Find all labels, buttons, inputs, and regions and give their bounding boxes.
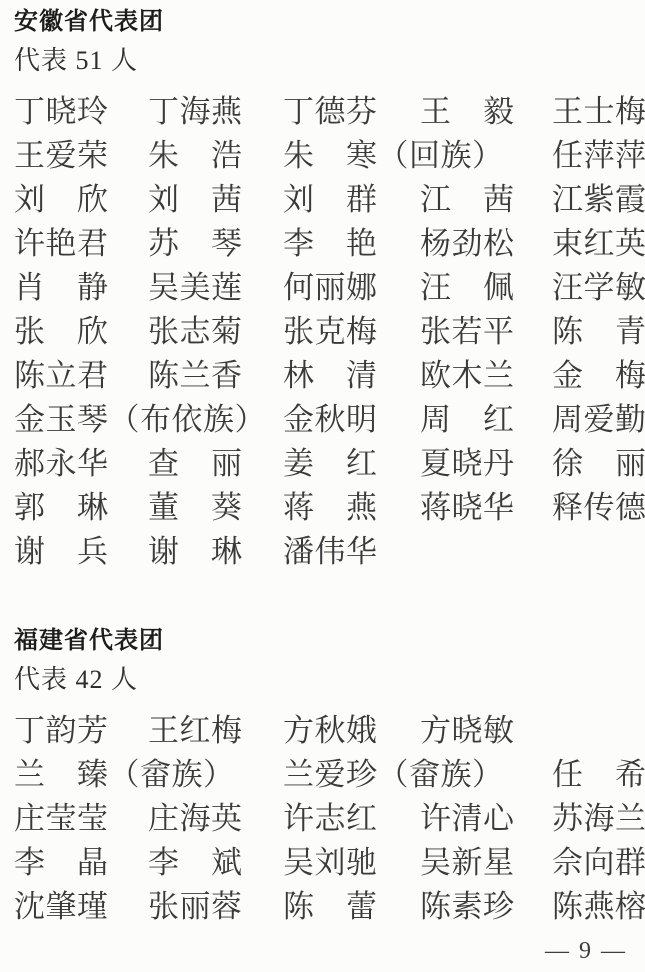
delegate-name: 江 茜	[420, 178, 515, 222]
delegate-name: 庄莹莹	[14, 797, 109, 841]
name-row: 金玉琴（布依族）金秋明周 红周爱勤	[0, 398, 645, 442]
delegate-name: 张志菊	[148, 310, 243, 354]
delegate-name: 蒋 燕	[283, 486, 378, 530]
delegate-name: 张克梅	[283, 310, 378, 354]
delegate-name: 张 欣	[14, 310, 109, 354]
delegate-name: 兰 臻（畲族）	[14, 753, 235, 797]
section-title: 安徽省代表团	[0, 6, 645, 38]
delegate-name: 兰爱珍（畲族）	[283, 753, 504, 797]
delegate-name: 李 斌	[148, 841, 243, 885]
delegate-name: 潘伟华	[283, 530, 378, 574]
delegate-name: 董 葵	[148, 486, 243, 530]
delegate-name: 李 晶	[14, 841, 109, 885]
document-page: 安徽省代表团代表 51 人丁晓玲丁海燕丁德芬王 毅王士梅王爱荣朱 浩朱 寒（回族…	[0, 0, 645, 972]
name-row: 沈肇瑾张丽蓉陈 蕾陈素珍陈燕榕	[0, 885, 645, 929]
name-row: 丁晓玲丁海燕丁德芬王 毅王士梅	[0, 90, 645, 134]
name-row: 庄莹莹庄海英许志红许清心苏海兰	[0, 797, 645, 841]
delegate-name: 刘 茜	[148, 178, 243, 222]
delegate-name: 金玉琴（布依族）	[14, 398, 266, 442]
delegate-name: 陈立君	[14, 354, 109, 398]
delegate-name: 李 艳	[283, 222, 378, 266]
delegate-name: 吴刘驰	[283, 841, 378, 885]
delegate-name: 朱 浩	[148, 134, 243, 178]
delegate-name: 丁海燕	[148, 90, 243, 134]
page-number: — 9 —	[0, 938, 645, 964]
delegate-name: 肖 静	[14, 266, 109, 310]
delegate-name: 夏晓丹	[420, 442, 515, 486]
delegate-name: 许艳君	[14, 222, 109, 266]
name-row: 丁韵芳王红梅方秋娥方晓敏	[0, 709, 645, 753]
delegate-name: 何丽娜	[283, 266, 378, 310]
delegate-name: 释传德	[552, 486, 645, 530]
delegate-name: 王红梅	[148, 709, 243, 753]
delegate-name: 王 毅	[420, 90, 515, 134]
delegate-name: 丁韵芳	[14, 709, 109, 753]
delegate-name: 金 梅	[552, 354, 645, 398]
delegate-name: 方秋娥	[283, 709, 378, 753]
delegate-name: 查 丽	[148, 442, 243, 486]
delegate-name: 杨劲松	[420, 222, 515, 266]
delegate-name: 陈素珍	[420, 885, 515, 929]
name-row: 陈立君陈兰香林 清欧木兰金 梅	[0, 354, 645, 398]
delegate-name: 陈 青	[552, 310, 645, 354]
name-row: 刘 欣刘 茜刘 群江 茜江紫霞	[0, 178, 645, 222]
delegate-name: 张若平	[420, 310, 515, 354]
name-row: 郭 琳董 葵蒋 燕蒋晓华释传德	[0, 486, 645, 530]
section-title: 福建省代表团	[0, 625, 645, 657]
name-row: 王爱荣朱 浩朱 寒（回族）任萍萍	[0, 134, 645, 178]
delegate-name: 佘向群	[552, 841, 645, 885]
delegate-name: 谢 兵	[14, 530, 109, 574]
delegate-name: 姜 红	[283, 442, 378, 486]
delegate-name: 任萍萍	[552, 134, 645, 178]
delegate-name: 束红英	[552, 222, 645, 266]
delegate-name: 金秋明	[283, 398, 378, 442]
delegate-name-list: 丁晓玲丁海燕丁德芬王 毅王士梅王爱荣朱 浩朱 寒（回族）任萍萍刘 欣刘 茜刘 群…	[0, 90, 645, 574]
delegate-name: 方晓敏	[420, 709, 515, 753]
name-row: 谢 兵谢 琳潘伟华	[0, 530, 645, 574]
delegate-name: 许清心	[420, 797, 515, 841]
delegate-name-list: 丁韵芳王红梅方秋娥方晓敏兰 臻（畲族）兰爱珍（畲族）任 希庄莹莹庄海英许志红许清…	[0, 709, 645, 929]
name-row: 许艳君苏 琴李 艳杨劲松束红英	[0, 222, 645, 266]
delegate-name: 王士梅	[552, 90, 645, 134]
delegate-name: 郝永华	[14, 442, 109, 486]
delegate-name: 江紫霞	[552, 178, 645, 222]
delegate-name: 刘 群	[283, 178, 378, 222]
delegate-name: 徐 丽	[552, 442, 645, 486]
sections-container: 安徽省代表团代表 51 人丁晓玲丁海燕丁德芬王 毅王士梅王爱荣朱 浩朱 寒（回族…	[0, 6, 645, 929]
delegate-name: 吴新星	[420, 841, 515, 885]
delegate-name: 吴美莲	[148, 266, 243, 310]
delegate-name: 王爱荣	[14, 134, 109, 178]
name-row: 李 晶李 斌吴刘驰吴新星佘向群	[0, 841, 645, 885]
name-row: 张 欣张志菊张克梅张若平陈 青	[0, 310, 645, 354]
delegate-name: 张丽蓉	[148, 885, 243, 929]
delegate-name: 林 清	[283, 354, 378, 398]
delegate-name: 周爱勤	[552, 398, 645, 442]
delegate-name: 任 希	[552, 753, 645, 797]
delegate-name: 陈兰香	[148, 354, 243, 398]
name-row: 肖 静吴美莲何丽娜汪 佩汪学敏	[0, 266, 645, 310]
name-row: 兰 臻（畲族）兰爱珍（畲族）任 希	[0, 753, 645, 797]
delegate-name: 庄海英	[148, 797, 243, 841]
delegate-name: 郭 琳	[14, 486, 109, 530]
delegate-name: 丁德芬	[283, 90, 378, 134]
delegate-name: 苏海兰	[552, 797, 645, 841]
delegate-name: 朱 寒（回族）	[283, 134, 504, 178]
delegate-name: 欧木兰	[420, 354, 515, 398]
delegate-name: 丁晓玲	[14, 90, 109, 134]
delegate-count-label: 代表 42 人	[0, 665, 645, 695]
delegate-name: 谢 琳	[148, 530, 243, 574]
delegate-name: 刘 欣	[14, 178, 109, 222]
delegate-name: 陈燕榕	[552, 885, 645, 929]
delegate-name: 蒋晓华	[420, 486, 515, 530]
delegate-name: 沈肇瑾	[14, 885, 109, 929]
delegate-name: 周 红	[420, 398, 515, 442]
delegate-count-label: 代表 51 人	[0, 46, 645, 76]
delegate-name: 苏 琴	[148, 222, 243, 266]
delegate-name: 陈 蕾	[283, 885, 378, 929]
delegate-name: 汪 佩	[420, 266, 515, 310]
delegate-name: 许志红	[283, 797, 378, 841]
delegate-name: 汪学敏	[552, 266, 645, 310]
name-row: 郝永华查 丽姜 红夏晓丹徐 丽	[0, 442, 645, 486]
